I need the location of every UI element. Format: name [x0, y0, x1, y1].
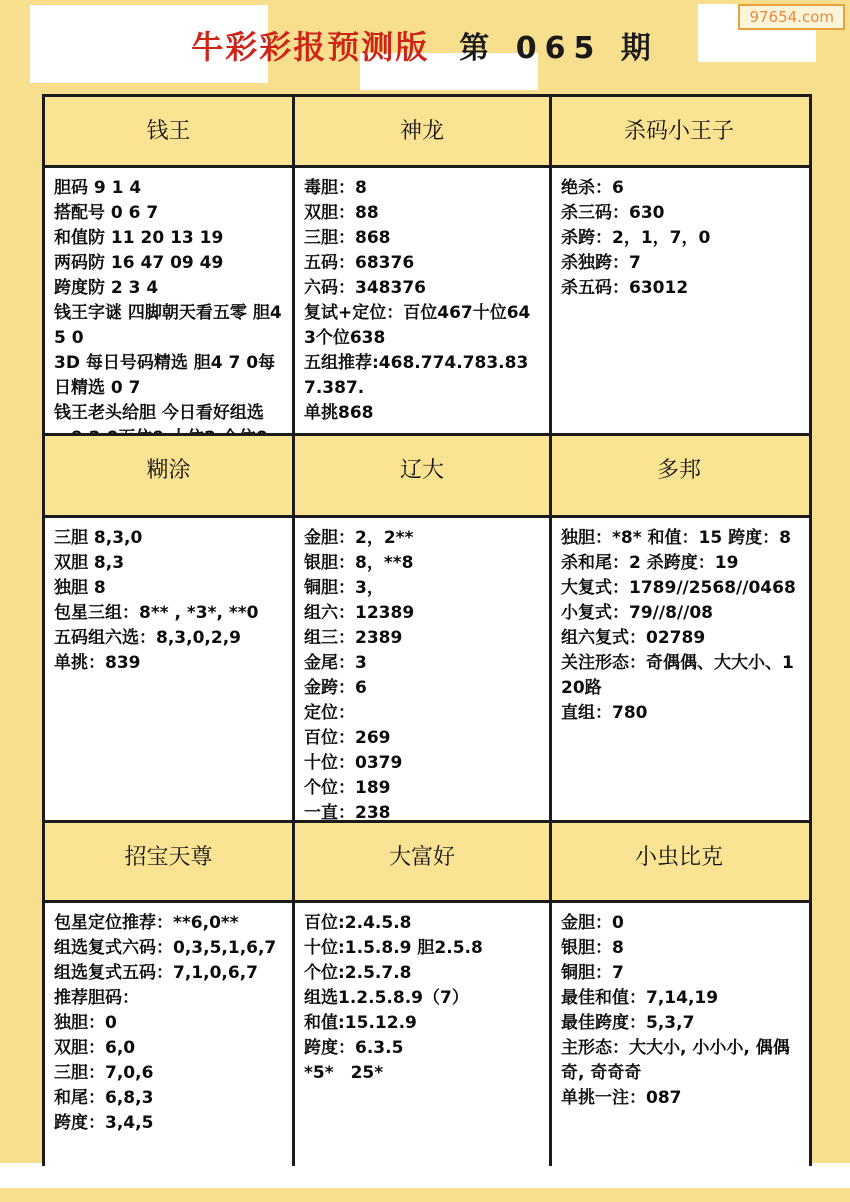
text-line: 三胆 8,3,0 [54, 526, 284, 551]
text-line: 关注形态：奇偶偶、大大小、120路 [561, 651, 798, 701]
text-line: 单挑一注：087 [561, 1086, 798, 1111]
text-line: 银胆：8 [561, 936, 798, 961]
section-header: 多邦 [552, 436, 806, 515]
text-line: 铜胆：3， [304, 576, 541, 601]
text-line: 定位： [304, 701, 541, 726]
text-line: 一直：238 [304, 801, 541, 820]
text-line: 跨度：6.3.5 [304, 1036, 541, 1061]
text-line: 复试+定位：百位467十位643个位638 [304, 301, 541, 351]
text-line: 六码：348376 [304, 276, 541, 301]
text-line: 包星定位推荐：**6,0** [54, 911, 284, 936]
text-line: 十位：0379 [304, 751, 541, 776]
text-line: 两码防 16 47 09 49 [54, 251, 284, 276]
section-header: 小虫比克 [552, 823, 806, 900]
prediction-table: 钱王神龙杀码小王子 胆码 9 1 4搭配号 0 6 7和值防 11 20 13 … [42, 94, 812, 1166]
section-content: 金胆：0银胆：8铜胆：7最佳和值：7,14,19最佳跨度：5,3,7主形态：大大… [552, 903, 806, 1166]
content-row-1: 胆码 9 1 4搭配号 0 6 7和值防 11 20 13 19两码防 16 4… [45, 168, 809, 436]
text-line: 跨度防 2 3 4 [54, 276, 284, 301]
title-main-text: 牛彩彩报预测版 [191, 28, 429, 66]
title-issue-number: 第 065 期 [459, 31, 659, 66]
text-line: 银胆：8，**8 [304, 551, 541, 576]
section-content: 胆码 9 1 4搭配号 0 6 7和值防 11 20 13 19两码防 16 4… [45, 168, 295, 433]
text-line: 组三：2389 [304, 626, 541, 651]
section-content: 毒胆：8双胆：88三胆：868五码：68376六码：348376复试+定位：百位… [295, 168, 552, 433]
text-line: 和尾：6,8,3 [54, 1086, 284, 1111]
text-line: 胆码 9 1 4 [54, 176, 284, 201]
text-line: 单挑：839 [54, 651, 284, 676]
text-line: 钱王字谜 四脚朝天看五零 胆4 5 0 [54, 301, 284, 351]
text-line: 和值:15.12.9 [304, 1011, 541, 1036]
section-header: 杀码小王子 [552, 97, 806, 165]
text-line: 跨度：3,4,5 [54, 1111, 284, 1136]
content-row-2: 三胆 8,3,0双胆 8,3独胆 8包星三组：8** , *3*, **0五码组… [45, 518, 809, 823]
text-line: 杀跨：2，1，7，0 [561, 226, 798, 251]
section-content: 百位:2.4.5.8十位:1.5.8.9 胆2.5.8个位:2.5.7.8组选1… [295, 903, 552, 1166]
section-header: 辽大 [295, 436, 552, 515]
text-line: 独胆：0 [54, 1011, 284, 1036]
text-line: 绝杀：6 [561, 176, 798, 201]
header-row-1: 钱王神龙杀码小王子 [45, 97, 809, 168]
text-line: 主形态：大大小, 小小小, 偶偶奇, 奇奇奇 [561, 1036, 798, 1086]
section-content: 包星定位推荐：**6,0**组选复式六码：0,3,5,1,6,7组选复式五码：7… [45, 903, 295, 1166]
text-line: 铜胆：7 [561, 961, 798, 986]
text-line: *5* 25* [304, 1061, 541, 1086]
section-content: 三胆 8,3,0双胆 8,3独胆 8包星三组：8** , *3*, **0五码组… [45, 518, 295, 820]
text-line: 组选复式五码：7,1,0,6,7 [54, 961, 284, 986]
text-line: 组六复式：02789 [561, 626, 798, 651]
text-line: 钱王老头给胆 今日看好组选 ：9 2 0百位9 十位2 个位0 [54, 401, 284, 433]
text-line: 百位：269 [304, 726, 541, 751]
text-line: 五码：68376 [304, 251, 541, 276]
header-row-3: 招宝天尊大富好小虫比克 [45, 823, 809, 903]
text-line: 五组推荐:468.774.783.837.387. [304, 351, 541, 401]
section-content: 金胆：2，2**银胆：8，**8铜胆：3，组六：12389组三：2389金尾：3… [295, 518, 552, 820]
text-line: 杀五码：63012 [561, 276, 798, 301]
header-row-2: 糊涂辽大多邦 [45, 436, 809, 518]
text-line: 小复式：79//8//08 [561, 601, 798, 626]
text-line: 三胆：7,0,6 [54, 1061, 284, 1086]
text-line: 最佳跨度：5,3,7 [561, 1011, 798, 1036]
text-line: 金胆：0 [561, 911, 798, 936]
text-line: 个位：189 [304, 776, 541, 801]
text-line: 毒胆：8 [304, 176, 541, 201]
background-patch-bottom [0, 1163, 850, 1188]
text-line: 组选复式六码：0,3,5,1,6,7 [54, 936, 284, 961]
text-line: 金胆：2，2** [304, 526, 541, 551]
text-line: 直组：780 [561, 701, 798, 726]
text-line: 杀三码：630 [561, 201, 798, 226]
text-line: 百位:2.4.5.8 [304, 911, 541, 936]
text-line: 杀独跨：7 [561, 251, 798, 276]
text-line: 三胆：868 [304, 226, 541, 251]
text-line: 单挑868 [304, 401, 541, 426]
text-line: 独胆：*8* 和值：15 跨度：8 杀和尾：2 杀跨度：19 [561, 526, 798, 576]
text-line: 十位:1.5.8.9 胆2.5.8 [304, 936, 541, 961]
page-title: 牛彩彩报预测版第 065 期 [0, 22, 850, 68]
section-header: 招宝天尊 [45, 823, 295, 900]
text-line: 大复式：1789//2568//0468 [561, 576, 798, 601]
text-line: 组选1.2.5.8.9（7） [304, 986, 541, 1011]
text-line: 双胆 8,3 [54, 551, 284, 576]
section-header: 钱王 [45, 97, 295, 165]
section-header: 神龙 [295, 97, 552, 165]
text-line: 组六：12389 [304, 601, 541, 626]
section-content: 独胆：*8* 和值：15 跨度：8 杀和尾：2 杀跨度：19大复式：1789//… [552, 518, 806, 820]
text-line: 推荐胆码： [54, 986, 284, 1011]
text-line: 独胆 8 [54, 576, 284, 601]
text-line: 搭配号 0 6 7 [54, 201, 284, 226]
content-row-3: 包星定位推荐：**6,0**组选复式六码：0,3,5,1,6,7组选复式五码：7… [45, 903, 809, 1166]
text-line: 双胆：6,0 [54, 1036, 284, 1061]
section-header: 糊涂 [45, 436, 295, 515]
section-content: 绝杀：6杀三码：630杀跨：2，1，7，0杀独跨：7杀五码：63012 [552, 168, 806, 433]
text-line: 金尾：3 [304, 651, 541, 676]
text-line: 包星三组：8** , *3*, **0 [54, 601, 284, 626]
text-line: 个位:2.5.7.8 [304, 961, 541, 986]
section-header: 大富好 [295, 823, 552, 900]
text-line: 五码组六选：8,3,0,2,9 [54, 626, 284, 651]
text-line: 金跨：6 [304, 676, 541, 701]
text-line: 最佳和值：7,14,19 [561, 986, 798, 1011]
text-line: 和值防 11 20 13 19 [54, 226, 284, 251]
text-line: 双胆：88 [304, 201, 541, 226]
text-line: 3D 每日号码精选 胆4 7 0每日精选 0 7 [54, 351, 284, 401]
